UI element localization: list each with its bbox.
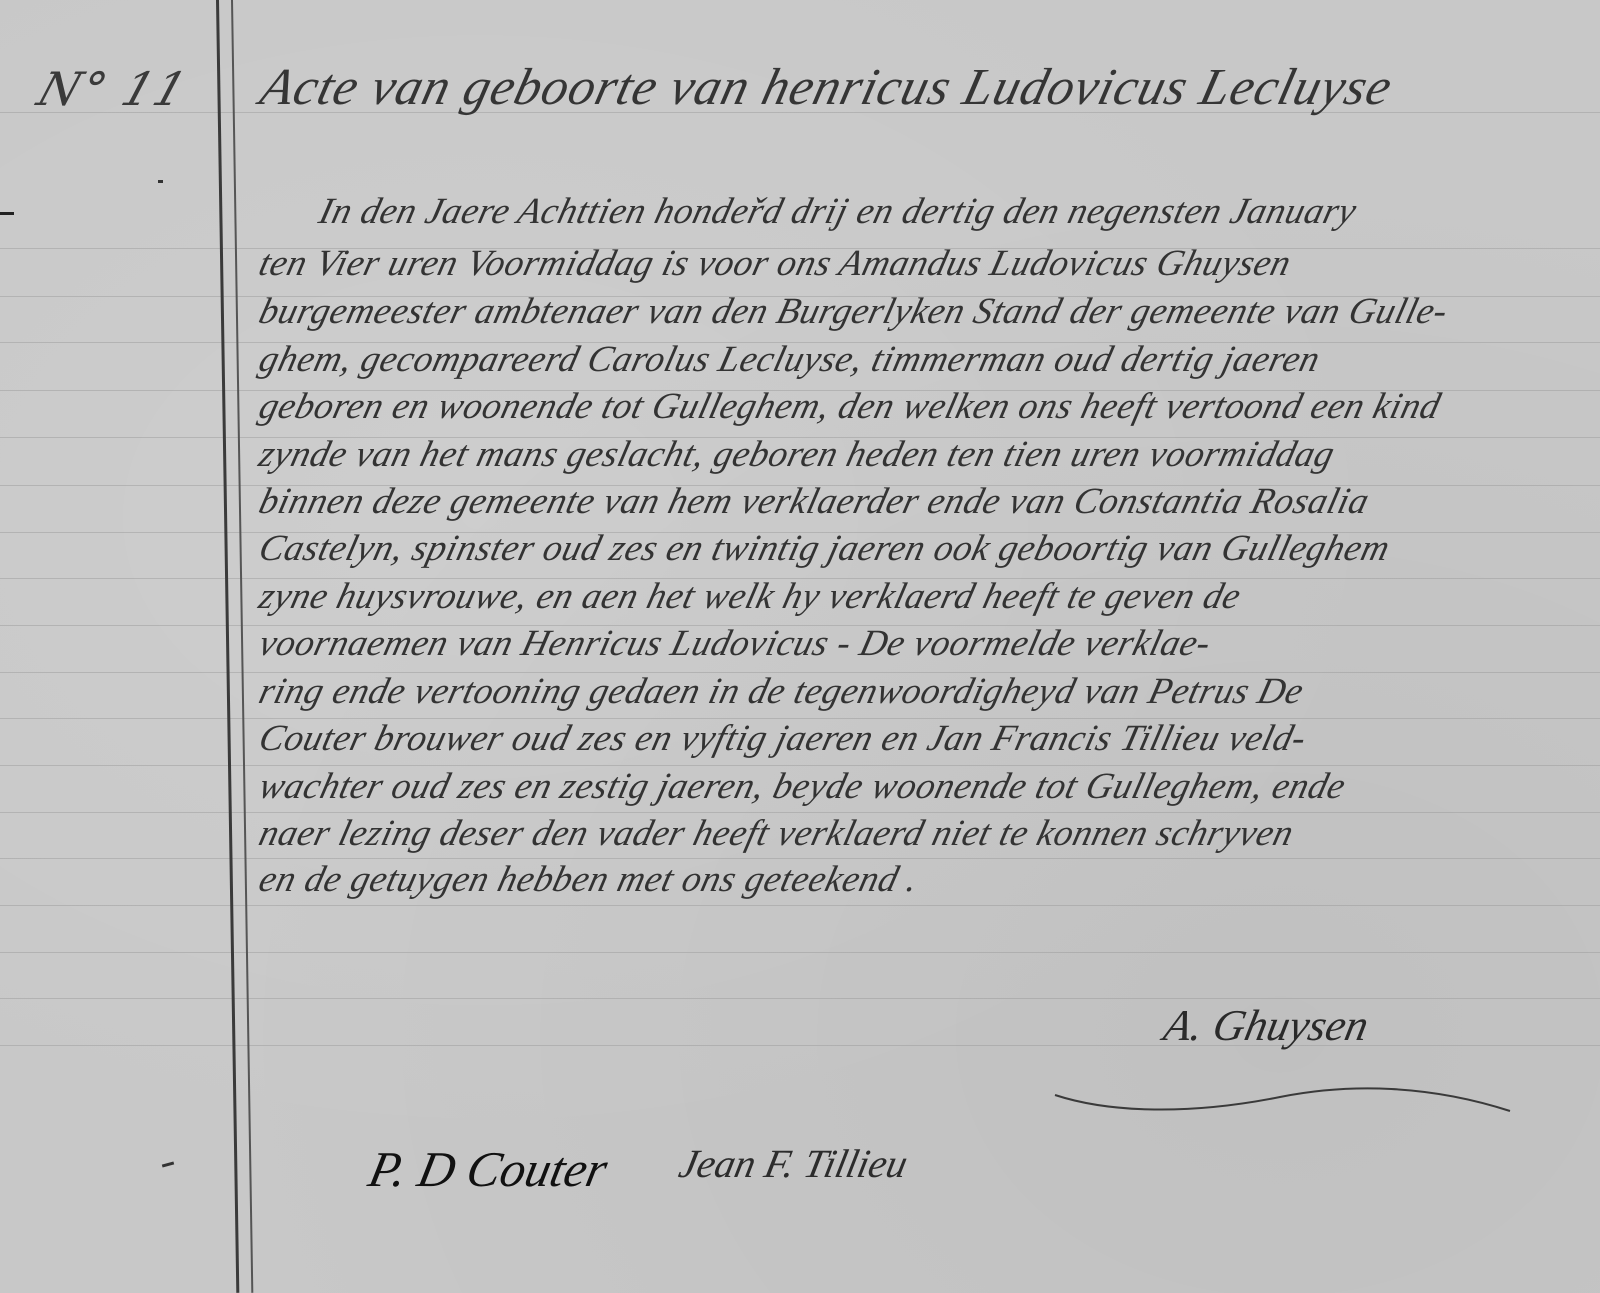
body-line: binnen deze gemeente van hem verklaerder… bbox=[255, 480, 1374, 523]
margin-tick-mark bbox=[162, 1161, 174, 1167]
signature-witness-2: Jean F. Tillieu bbox=[675, 1140, 912, 1187]
document-page: N° 11 Acte van geboorte van henricus Lud… bbox=[0, 0, 1600, 1293]
signature-official: A. Ghuysen bbox=[1160, 1000, 1374, 1051]
body-line: Castelyn, spinster oud zes en twintig ja… bbox=[255, 527, 1395, 570]
body-line: ghem, gecompareerd Carolus Lecluyse, tim… bbox=[255, 338, 1325, 381]
margin-dash-mark bbox=[0, 212, 14, 215]
body-line: voornaemen van Henricus Ludovicus - De v… bbox=[255, 622, 1216, 665]
entry-number: N° 11 bbox=[31, 62, 195, 116]
body-line: In den Jaere Achttien hondeřd drij en de… bbox=[315, 190, 1362, 233]
margin-dot-mark bbox=[158, 180, 163, 183]
signature-flourish bbox=[1050, 1075, 1520, 1115]
body-line: zynde van het mans geslacht, geboren hed… bbox=[255, 433, 1339, 476]
body-line: ten Vier uren Voormiddag is voor ons Ama… bbox=[255, 242, 1296, 285]
body-line: naer lezing deser den vader heeft verkla… bbox=[255, 812, 1299, 855]
body-line: geboren en woonende tot Gulleghem, den w… bbox=[255, 385, 1445, 428]
record-title: Acte van geboorte van henricus Ludovicus… bbox=[255, 58, 1399, 117]
body-line: en de getuygen hebben met ons geteekend … bbox=[255, 858, 923, 901]
ruled-line bbox=[0, 905, 1600, 906]
ruled-line bbox=[0, 998, 1600, 999]
body-line: Couter brouwer oud zes en vyftig jaeren … bbox=[255, 717, 1311, 760]
body-line: ring ende vertooning gedaen in de tegenw… bbox=[255, 670, 1308, 713]
body-line: burgemeester ambtenaer van den Burgerlyk… bbox=[255, 290, 1453, 333]
body-line: zyne huysvrouwe, en aen het welk hy verk… bbox=[255, 575, 1246, 618]
ruled-line bbox=[0, 952, 1600, 953]
body-line: wachter oud zes en zestig jaeren, beyde … bbox=[255, 765, 1351, 808]
signature-witness-1: P. D Couter bbox=[364, 1140, 613, 1198]
